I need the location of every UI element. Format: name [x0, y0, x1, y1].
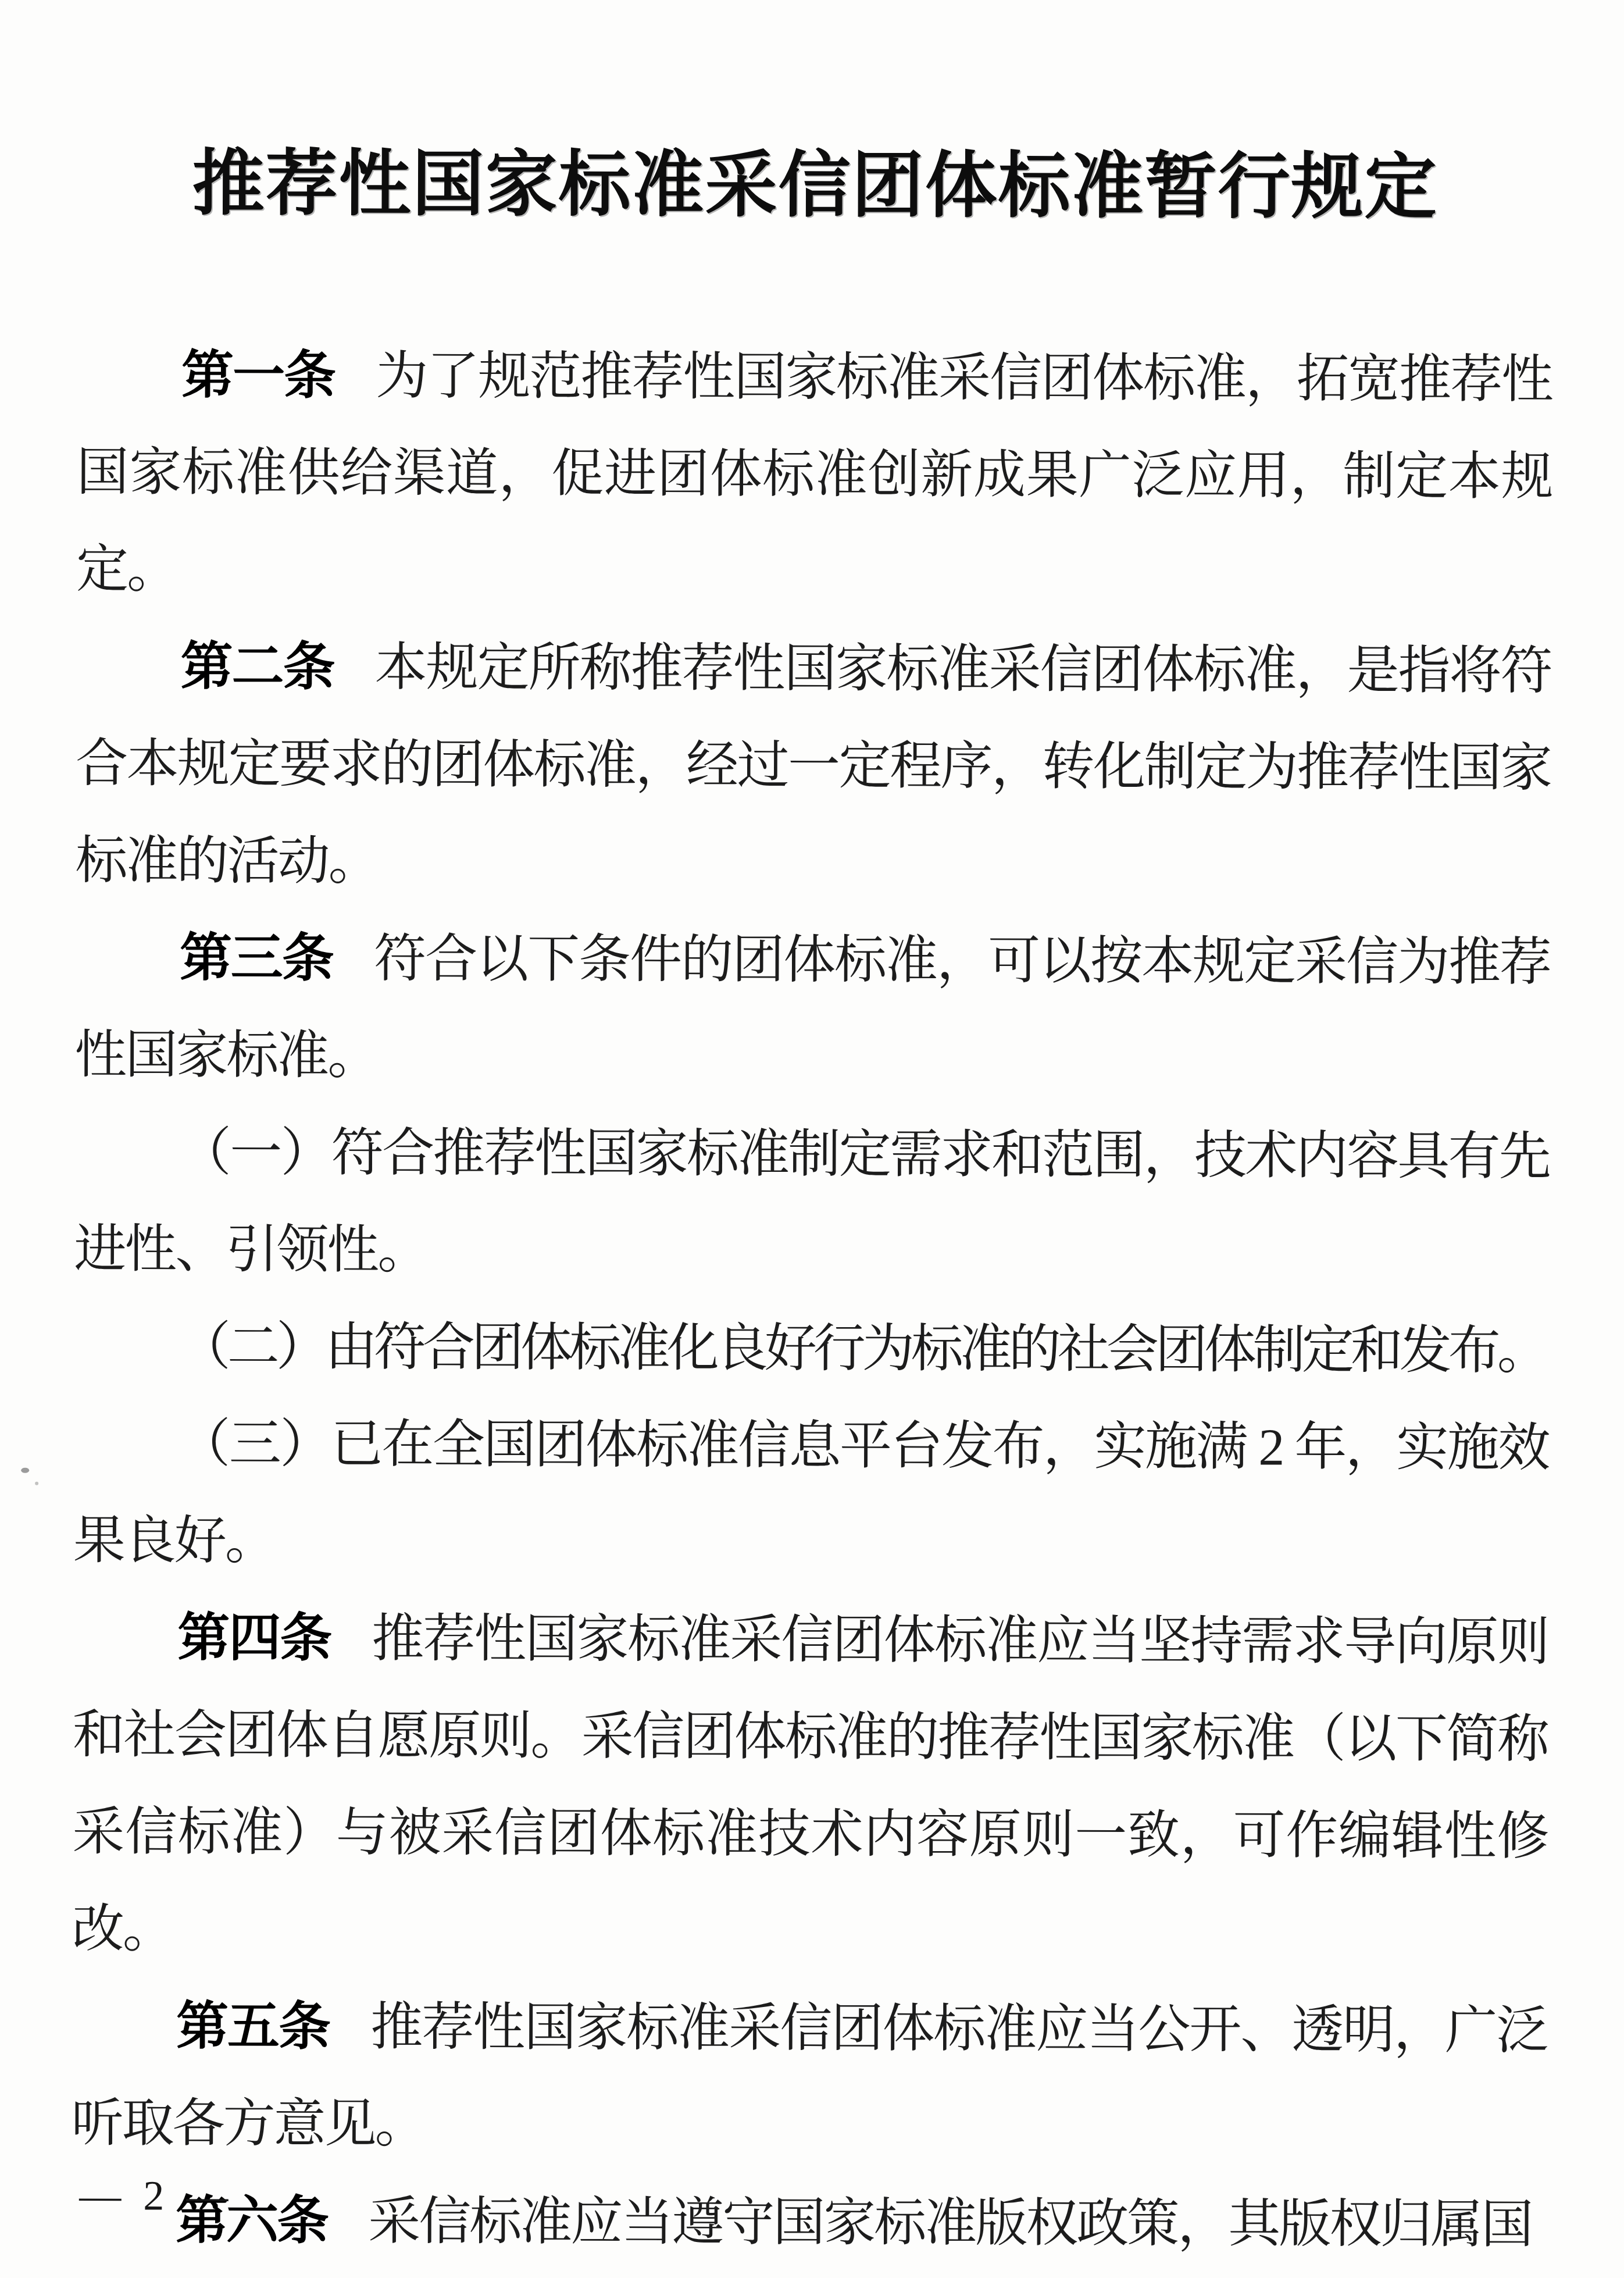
article-4-number: 第四条: [177, 1609, 331, 1668]
article-2-number: 第二条: [180, 638, 334, 697]
article-3-item-2-text: （二）由符合团体标准化良好行为标准的社会团体制定和发布。: [179, 1318, 1546, 1380]
article-6-paragraph: 第六条采信标准应当遵守国家标准版权政策，其版权归属国: [71, 2172, 1547, 2274]
article-3-paragraph: 第三条符合以下条件的团体标准，可以按本规定采信为推荐性国家标准。: [74, 910, 1550, 1108]
scanned-document-page: 推荐性国家标准采信团体标准暂行规定 第一条为了规范推荐性国家标准采信团体标准，拓…: [0, 0, 1624, 2278]
scan-speck-small: [35, 1482, 38, 1485]
article-4-paragraph: 第四条推荐性国家标准采信团体标准应当坚持需求导向原则和社会团体自愿原则。采信团体…: [72, 1589, 1548, 1983]
article-6-text: 采信标准应当遵守国家标准版权政策，其版权归属国: [368, 2193, 1532, 2254]
article-3-item-2: （二）由符合团体标准化良好行为标准的社会团体制定和发布。: [74, 1298, 1550, 1400]
page-content: 推荐性国家标准采信团体标准暂行规定 第一条为了规范推荐性国家标准采信团体标准，拓…: [0, 0, 1624, 2278]
article-5-paragraph: 第五条推荐性国家标准采信团体标准应当公开、透明，广泛听取各方意见。: [71, 1978, 1547, 2177]
document-body: 第一条为了规范推荐性国家标准采信团体标准，拓宽推荐性国家标准供给渠道，促进团体标…: [71, 327, 1552, 2274]
document-title: 推荐性国家标准采信团体标准暂行规定: [77, 130, 1553, 241]
article-3-item-1: （一）符合推荐性国家标准制定需求和范围，技术内容具有先进性、引领性。: [74, 1104, 1550, 1303]
page-number: — 2 —: [79, 2172, 234, 2220]
article-1-number: 第一条: [181, 347, 335, 405]
article-3-item-3: （三）已在全国团体标准信息平台发布，实施满 2 年，实施效果良好。: [73, 1395, 1549, 1594]
article-3-number: 第三条: [180, 929, 333, 988]
article-3-item-1-text: （一）符合推荐性国家标准制定需求和范围，技术内容具有先进性、引领性。: [74, 1124, 1550, 1279]
article-2-paragraph: 第二条本规定所称推荐性国家标准采信团体标准，是指将符合本规定要求的团体标准，经过…: [75, 618, 1551, 914]
scan-speck: [21, 1468, 29, 1473]
article-5-number: 第五条: [176, 1998, 330, 2056]
article-3-item-3-text: （三）已在全国团体标准信息平台发布，实施满 2 年，实施效果良好。: [73, 1416, 1549, 1571]
article-1-paragraph: 第一条为了规范推荐性国家标准采信团体标准，拓宽推荐性国家标准供给渠道，促进团体标…: [76, 327, 1552, 623]
